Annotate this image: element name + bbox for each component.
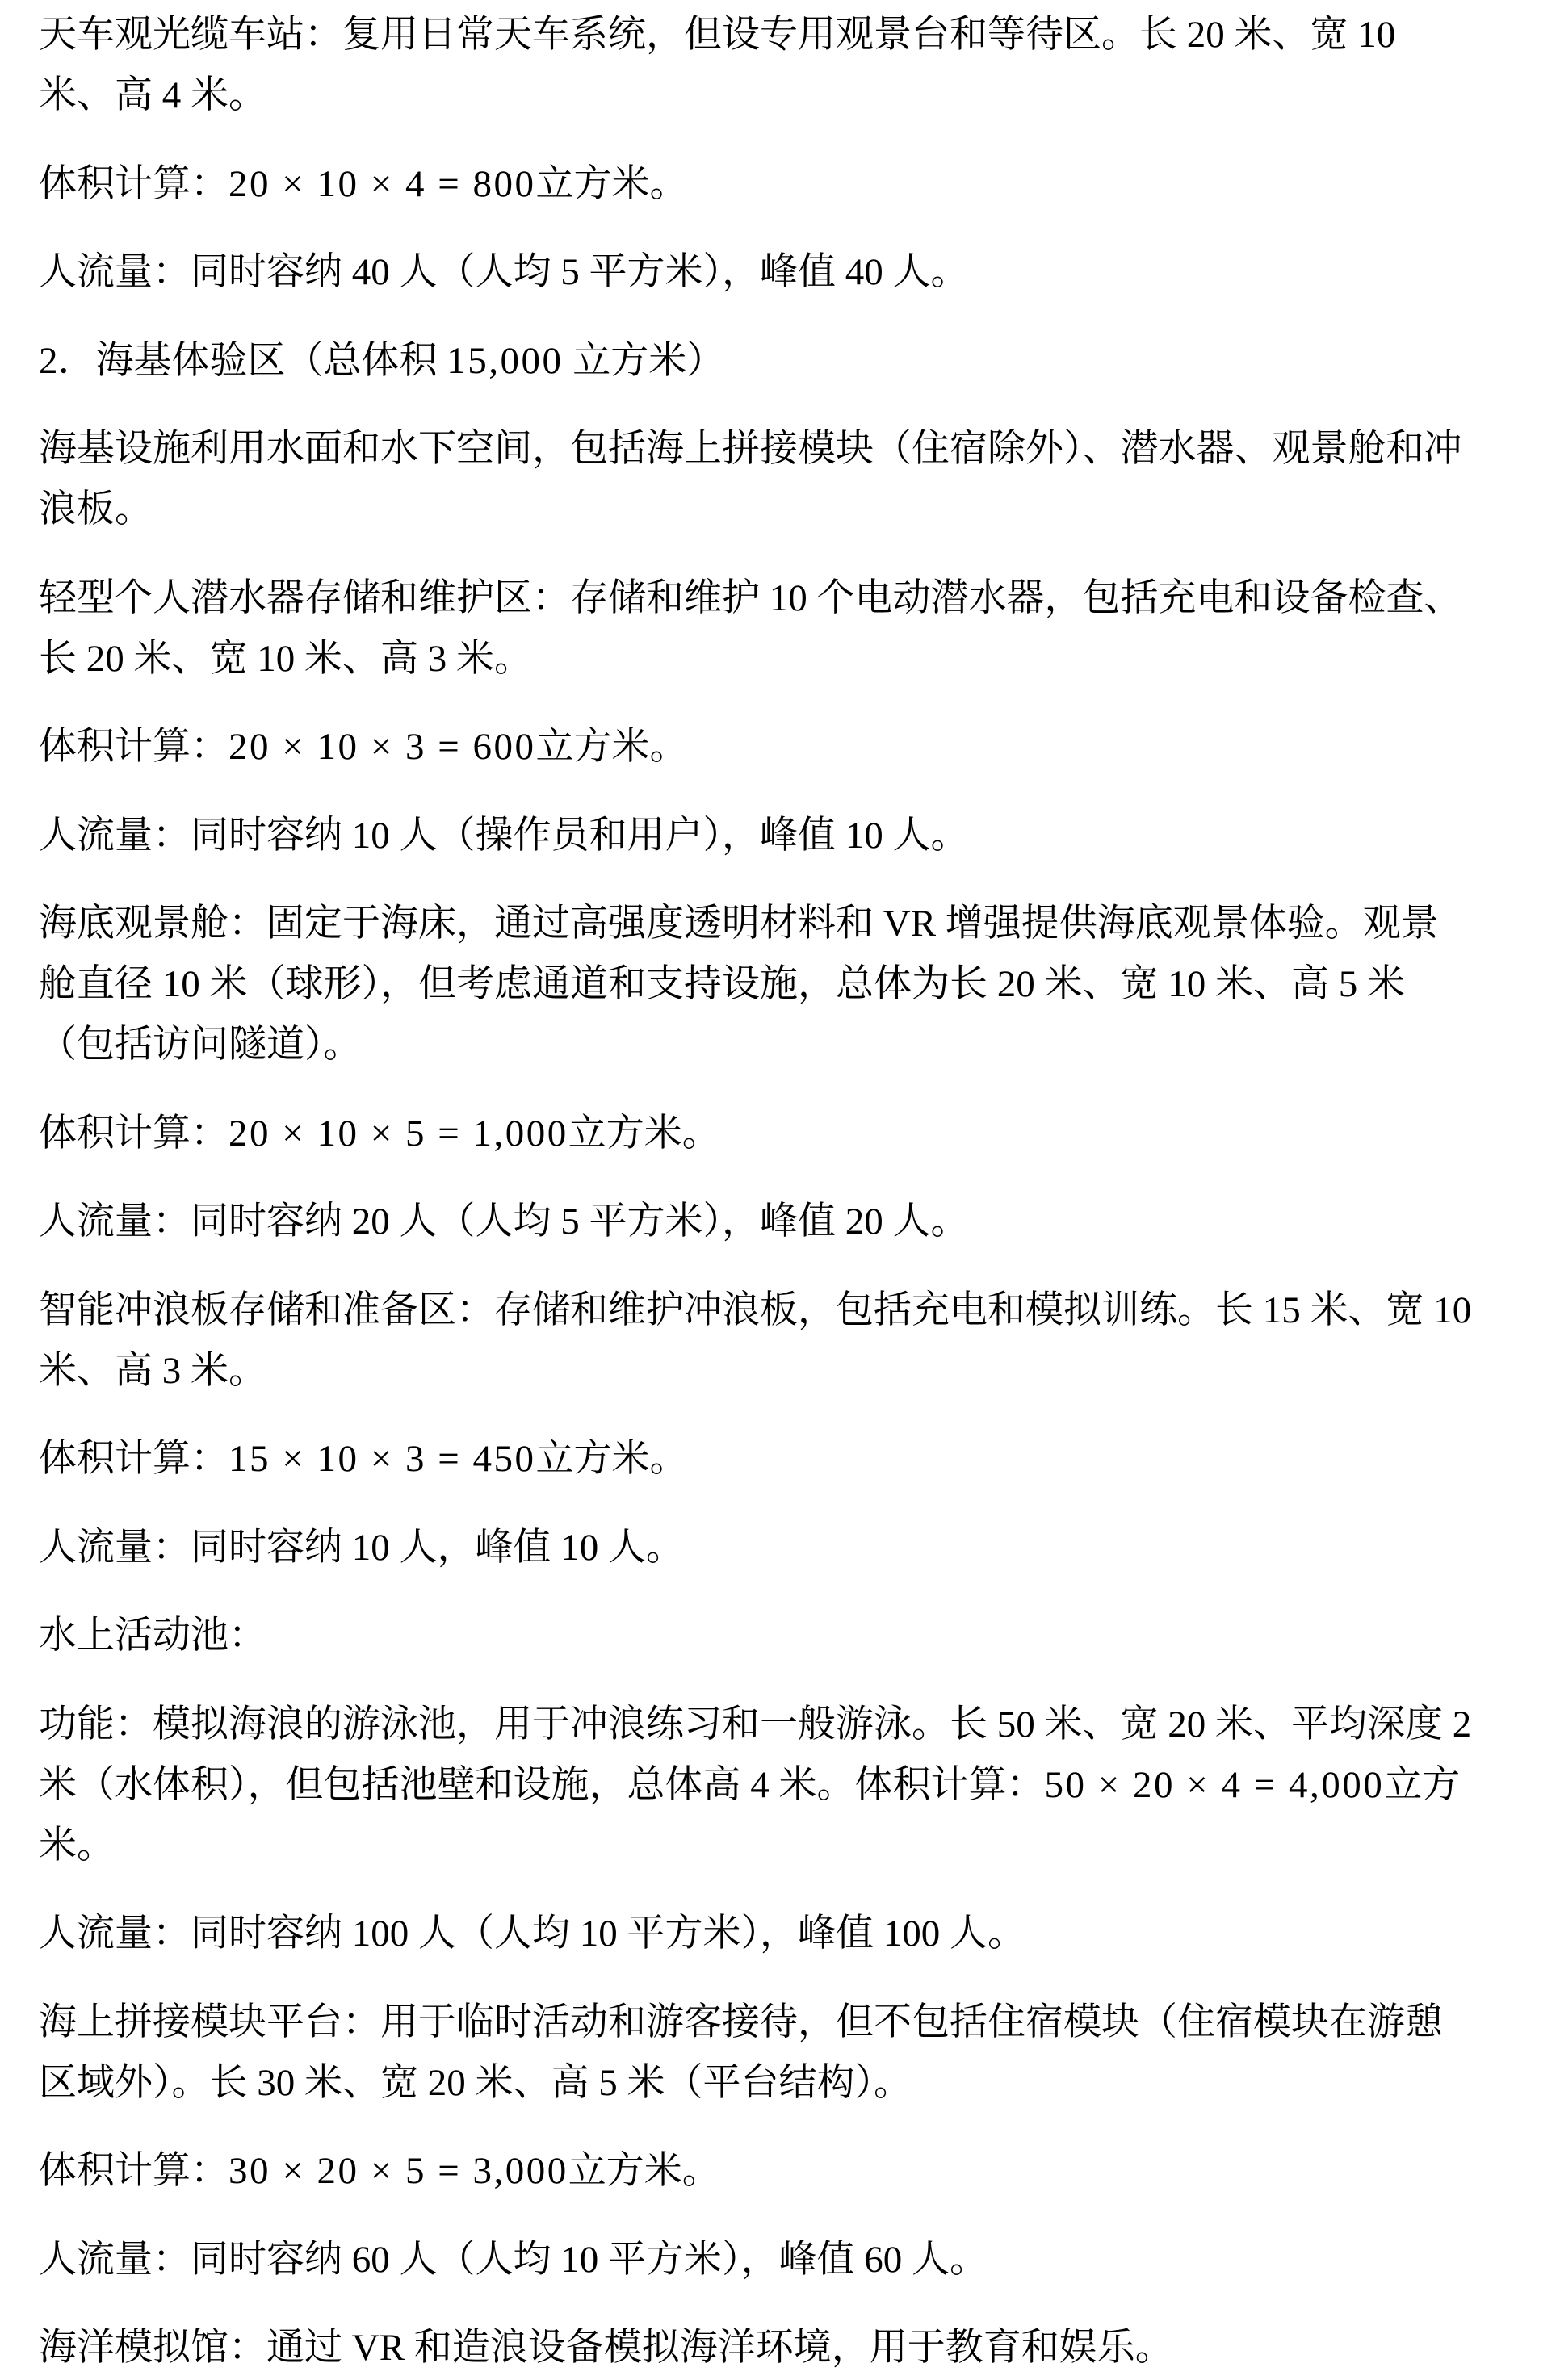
cable-car-people-flow: 人流量：同时容纳 40 人（人均 5 平方米），峰值 40 人。 [39,242,1560,303]
text-line: 米、高 3 米。 [39,1341,1560,1402]
calc-expression: 50 × 20 × 4 = 4,000 [1045,1764,1385,1806]
section-total-volume: 15,000 [447,340,563,382]
text-line: 舱直径 10 米（球形），但考虑通道和支持设施，总体为长 20 米、宽 10 米… [39,954,1560,1015]
calc-label: 体积计算： [39,1112,229,1154]
text-line: 米（水体积），但包括池壁和设施，总体高 4 米。体积计算：50 × 20 × 4… [39,1755,1560,1816]
document-body: 天车观光缆车站：复用日常天车系统，但设专用观景台和等待区。长 20 米、宽 10… [0,0,1560,2380]
text-line: 米。 [39,1816,1560,1876]
text-line: 体积计算：20 × 10 × 4 = 800立方米。 [39,154,1560,215]
surfboard-storage-volume-calculation: 体积计算：15 × 10 × 3 = 450立方米。 [39,1429,1560,1490]
text-line: 区域外）。长 30 米、宽 20 米、高 5 米（平台结构）。 [39,2053,1560,2114]
calc-unit: 立方米。 [568,2150,720,2192]
sea-based-zone-intro: 海基设施利用水面和水下空间，包括海上拼接模块（住宿除外）、潜水器、观景舱和冲 浪… [39,419,1560,540]
section-heading-sea-based-zone: 2．海基体验区（总体积 15,000 立方米） [39,331,1560,392]
text-line: 人流量：同时容纳 60 人（人均 10 平方米），峰值 60 人。 [39,2230,1560,2290]
text-line: 海底观景舱：固定于海床，通过高强度透明材料和 VR 增强提供海底观景体验。观景 [39,894,1560,954]
text-line: 长 20 米、宽 10 米、高 3 米。 [39,629,1560,689]
calc-expression: 15 × 10 × 3 = 450 [229,1438,536,1480]
water-pool-people-flow: 人流量：同时容纳 100 人（人均 10 平方米），峰值 100 人。 [39,1904,1560,1964]
observation-cabin-description: 海底观景舱：固定于海床，通过高强度透明材料和 VR 增强提供海底观景体验。观景 … [39,894,1560,1075]
calc-unit: 立方 [1384,1764,1460,1806]
calc-label: 体积计算： [39,1438,229,1480]
text-line: 人流量：同时容纳 10 人（操作员和用户），峰值 10 人。 [39,806,1560,866]
text-line: 2．海基体验区（总体积 15,000 立方米） [39,331,1560,392]
function-text: 米（水体积），但包括池壁和设施，总体高 4 米。体积计算： [39,1764,1045,1806]
text-line: （包括访问隧道）。 [39,1015,1560,1075]
text-line: 米、高 4 米。 [39,65,1560,126]
text-line: 海洋模拟馆：通过 VR 和造浪设备模拟海洋环境，用于教育和娱乐。 [39,2318,1560,2378]
text-line: 体积计算：30 × 20 × 5 = 3,000立方米。 [39,2141,1560,2202]
modular-platform-description: 海上拼接模块平台：用于临时活动和游客接待，但不包括住宿模块（住宿模块在游憩 区域… [39,1992,1560,2114]
calc-label: 体积计算： [39,2150,229,2192]
section-title: 海基体验区（总体积 [96,340,447,382]
cable-car-volume-calculation: 体积计算：20 × 10 × 4 = 800立方米。 [39,154,1560,215]
calc-expression: 20 × 10 × 4 = 800 [229,163,536,205]
submersible-storage-people-flow: 人流量：同时容纳 10 人（操作员和用户），峰值 10 人。 [39,806,1560,866]
calc-expression: 30 × 20 × 5 = 3,000 [229,2150,568,2192]
submersible-storage-volume-calculation: 体积计算：20 × 10 × 3 = 600立方米。 [39,717,1560,777]
calc-label: 体积计算： [39,726,229,768]
observation-cabin-people-flow: 人流量：同时容纳 20 人（人均 5 平方米），峰值 20 人。 [39,1192,1560,1252]
calc-expression: 20 × 10 × 3 = 600 [229,726,536,768]
text-line: 功能：模拟海浪的游泳池，用于冲浪练习和一般游泳。长 50 米、宽 20 米、平均… [39,1695,1560,1755]
calc-unit: 立方米。 [536,726,688,768]
modular-platform-volume-calculation: 体积计算：30 × 20 × 5 = 3,000立方米。 [39,2141,1560,2202]
calc-unit: 立方米。 [536,1438,688,1480]
text-line: 人流量：同时容纳 40 人（人均 5 平方米），峰值 40 人。 [39,242,1560,303]
text-line: 人流量：同时容纳 20 人（人均 5 平方米），峰值 20 人。 [39,1192,1560,1252]
water-pool-function: 功能：模拟海浪的游泳池，用于冲浪练习和一般游泳。长 50 米、宽 20 米、平均… [39,1695,1560,1876]
calc-unit: 立方米。 [568,1112,720,1154]
observation-cabin-volume-calculation: 体积计算：20 × 10 × 5 = 1,000立方米。 [39,1104,1560,1164]
calc-expression: 20 × 10 × 5 = 1,000 [229,1112,568,1154]
text-line: 人流量：同时容纳 10 人，峰值 10 人。 [39,1518,1560,1578]
surfboard-storage-description: 智能冲浪板存储和准备区：存储和维护冲浪板，包括充电和模拟训练。长 15 米、宽 … [39,1280,1560,1402]
text-line: 轻型个人潜水器存储和维护区：存储和维护 10 个电动潜水器，包括充电和设备检查、 [39,568,1560,629]
text-line: 体积计算：15 × 10 × 3 = 450立方米。 [39,1429,1560,1490]
text-line: 体积计算：20 × 10 × 5 = 1,000立方米。 [39,1104,1560,1164]
text-line: 体积计算：20 × 10 × 3 = 600立方米。 [39,717,1560,777]
section-volume-unit: 立方米） [564,340,725,382]
calc-unit: 立方米。 [536,163,688,205]
text-line: 海上拼接模块平台：用于临时活动和游客接待，但不包括住宿模块（住宿模块在游憩 [39,1992,1560,2053]
ocean-simulation-hall-description: 海洋模拟馆：通过 VR 和造浪设备模拟海洋环境，用于教育和娱乐。 [39,2318,1560,2378]
section-number: 2． [39,340,96,382]
modular-platform-people-flow: 人流量：同时容纳 60 人（人均 10 平方米），峰值 60 人。 [39,2230,1560,2290]
water-pool-title: 水上活动池： [39,1606,1560,1666]
surfboard-storage-people-flow: 人流量：同时容纳 10 人，峰值 10 人。 [39,1518,1560,1578]
text-line: 浪板。 [39,480,1560,540]
text-line: 人流量：同时容纳 100 人（人均 10 平方米），峰值 100 人。 [39,1904,1560,1964]
text-line: 天车观光缆车站：复用日常天车系统，但设专用观景台和等待区。长 20 米、宽 10 [39,5,1560,65]
text-line: 智能冲浪板存储和准备区：存储和维护冲浪板，包括充电和模拟训练。长 15 米、宽 … [39,1280,1560,1341]
cable-car-station-description: 天车观光缆车站：复用日常天车系统，但设专用观景台和等待区。长 20 米、宽 10… [39,5,1560,126]
text-line: 水上活动池： [39,1606,1560,1666]
text-line: 海基设施利用水面和水下空间，包括海上拼接模块（住宿除外）、潜水器、观景舱和冲 [39,419,1560,480]
calc-label: 体积计算： [39,163,229,205]
submersible-storage-description: 轻型个人潜水器存储和维护区：存储和维护 10 个电动潜水器，包括充电和设备检查、… [39,568,1560,689]
